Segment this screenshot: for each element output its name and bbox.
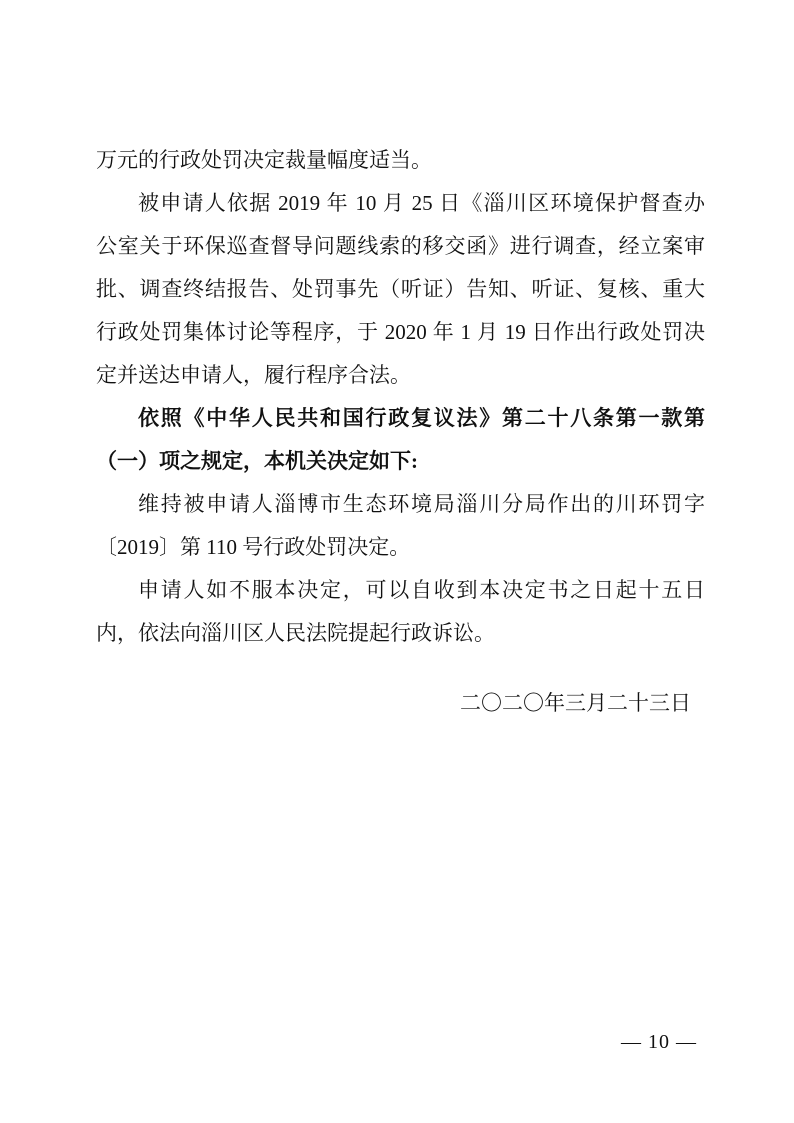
text-line: 〔2019〕第 110 号行政处罚决定。	[96, 526, 705, 569]
text-line: 公室关于环保巡查督导问题线索的移交函》进行调查，经立案审	[96, 225, 705, 268]
text-line: 依照《中华人民共和国行政复议法》第二十八条第一款第	[96, 397, 705, 440]
text-line: 批、调查终结报告、处罚事先（听证）告知、听证、复核、重大	[96, 268, 705, 311]
date-line: 二〇二〇年三月二十三日	[96, 682, 705, 725]
document-page: 万元的行政处罚决定裁量幅度适当。被申请人依据 2019 年 10 月 25 日《…	[0, 0, 794, 1123]
text-line: 万元的行政处罚决定裁量幅度适当。	[96, 139, 705, 182]
text-line: 内，依法向淄川区人民法院提起行政诉讼。	[96, 612, 705, 655]
text-line: 行政处罚集体讨论等程序，于 2020 年 1 月 19 日作出行政处罚决	[96, 311, 705, 354]
text-line: 申请人如不服本决定，可以自收到本决定书之日起十五日	[96, 569, 705, 612]
text-line: 维持被申请人淄博市生态环境局淄川分局作出的川环罚字	[96, 483, 705, 526]
text-line: 定并送达申请人，履行程序合法。	[96, 354, 705, 397]
document-body: 万元的行政处罚决定裁量幅度适当。被申请人依据 2019 年 10 月 25 日《…	[96, 139, 705, 725]
page-number: — 10 —	[621, 1030, 697, 1054]
text-line: 被申请人依据 2019 年 10 月 25 日《淄川区环境保护督查办	[96, 182, 705, 225]
text-line: （一）项之规定，本机关决定如下:	[96, 440, 705, 483]
